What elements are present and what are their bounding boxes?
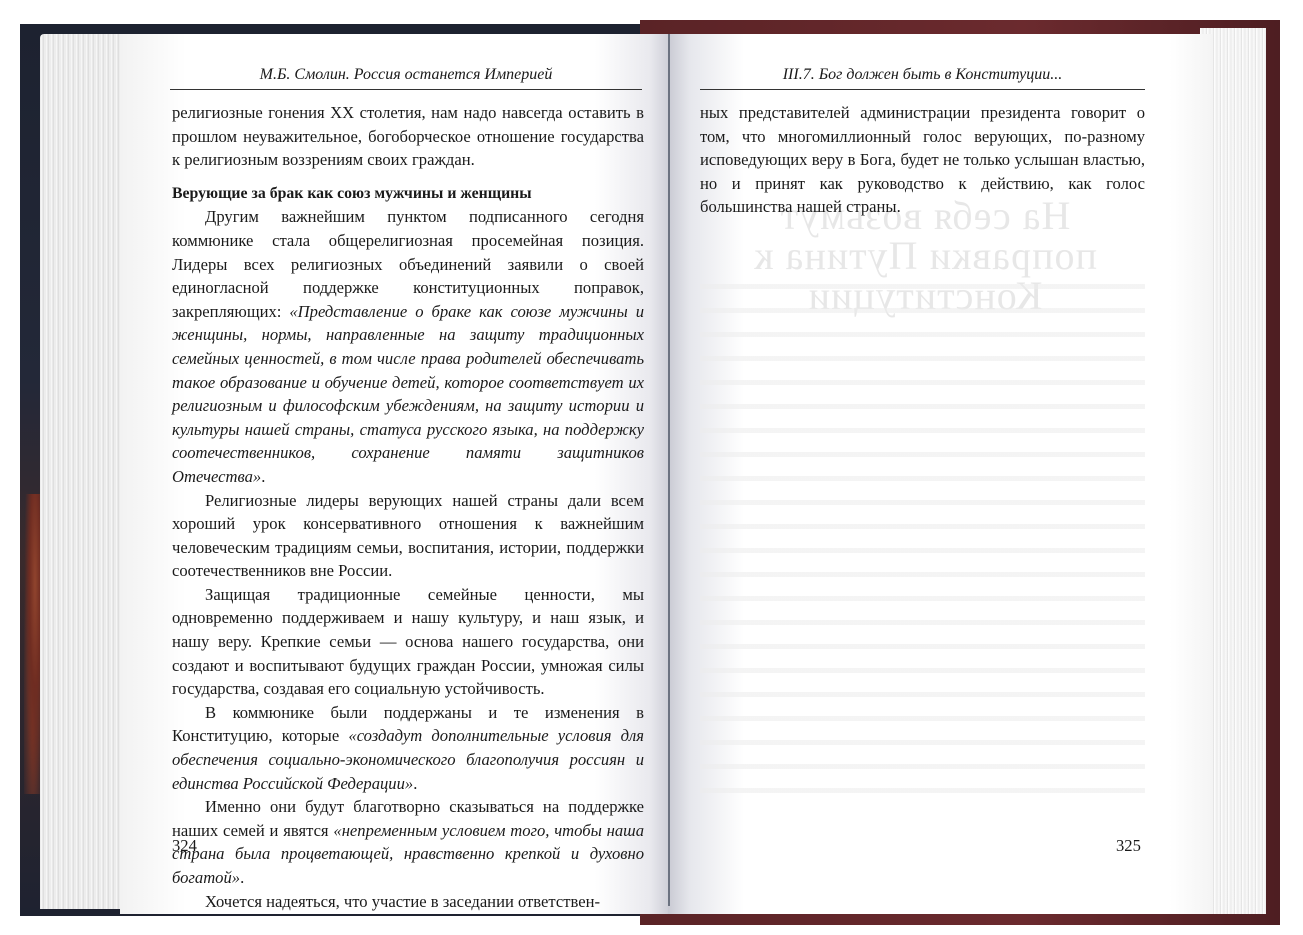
quoted-text: «Представление о браке как союзе мужчины…: [172, 302, 644, 486]
page-stack-left: [40, 34, 130, 909]
text-run: Защищая традиционные семейные ценности, …: [172, 585, 644, 698]
paragraph: Религиозные лидеры верующих нашей страны…: [172, 489, 644, 583]
paragraph: Защищая традиционные семейные ценности, …: [172, 583, 644, 701]
text-run: .: [240, 868, 244, 887]
running-head-left: М.Б. Смолин. Россия останется Империей: [170, 66, 642, 90]
paragraph: Другим важнейшим пунктом подписанного се…: [172, 205, 644, 488]
paragraph: религиозные гонения XX столетия, нам над…: [172, 101, 644, 172]
section-subheading: Верующие за брак как союз мужчины и женщ…: [172, 182, 644, 206]
text-run: Религиозные лидеры верующих нашей страны…: [172, 491, 644, 581]
paragraph: Хочется надеяться, что участие в заседан…: [172, 890, 644, 914]
paragraph: В коммюнике были поддержаны и те изменен…: [172, 701, 644, 795]
paragraph: Именно они будут благотворно сказываться…: [172, 795, 644, 889]
page-number-left: 324: [172, 836, 197, 856]
text-run: религиозные гонения XX столетия, нам над…: [172, 103, 644, 169]
text-run: Верующие за брак как союз мужчины и женщ…: [172, 185, 532, 202]
text-run: .: [413, 774, 417, 793]
text-run: ных представителей администрации президе…: [700, 103, 1145, 216]
text-run: .: [261, 467, 265, 486]
left-page-text: религиозные гонения XX столетия, нам над…: [172, 101, 644, 913]
paragraph: ных представителей администрации президе…: [700, 101, 1145, 219]
right-page-text: ных представителей администрации президе…: [700, 101, 1145, 219]
book-spine-gutter: [668, 34, 670, 906]
show-through-text: [700, 275, 1145, 805]
running-head-right: III.7. Бог должен быть в Конституции...: [700, 66, 1145, 90]
page-number-right: 325: [1116, 836, 1141, 856]
text-run: Хочется надеяться, что участие в заседан…: [205, 892, 600, 911]
